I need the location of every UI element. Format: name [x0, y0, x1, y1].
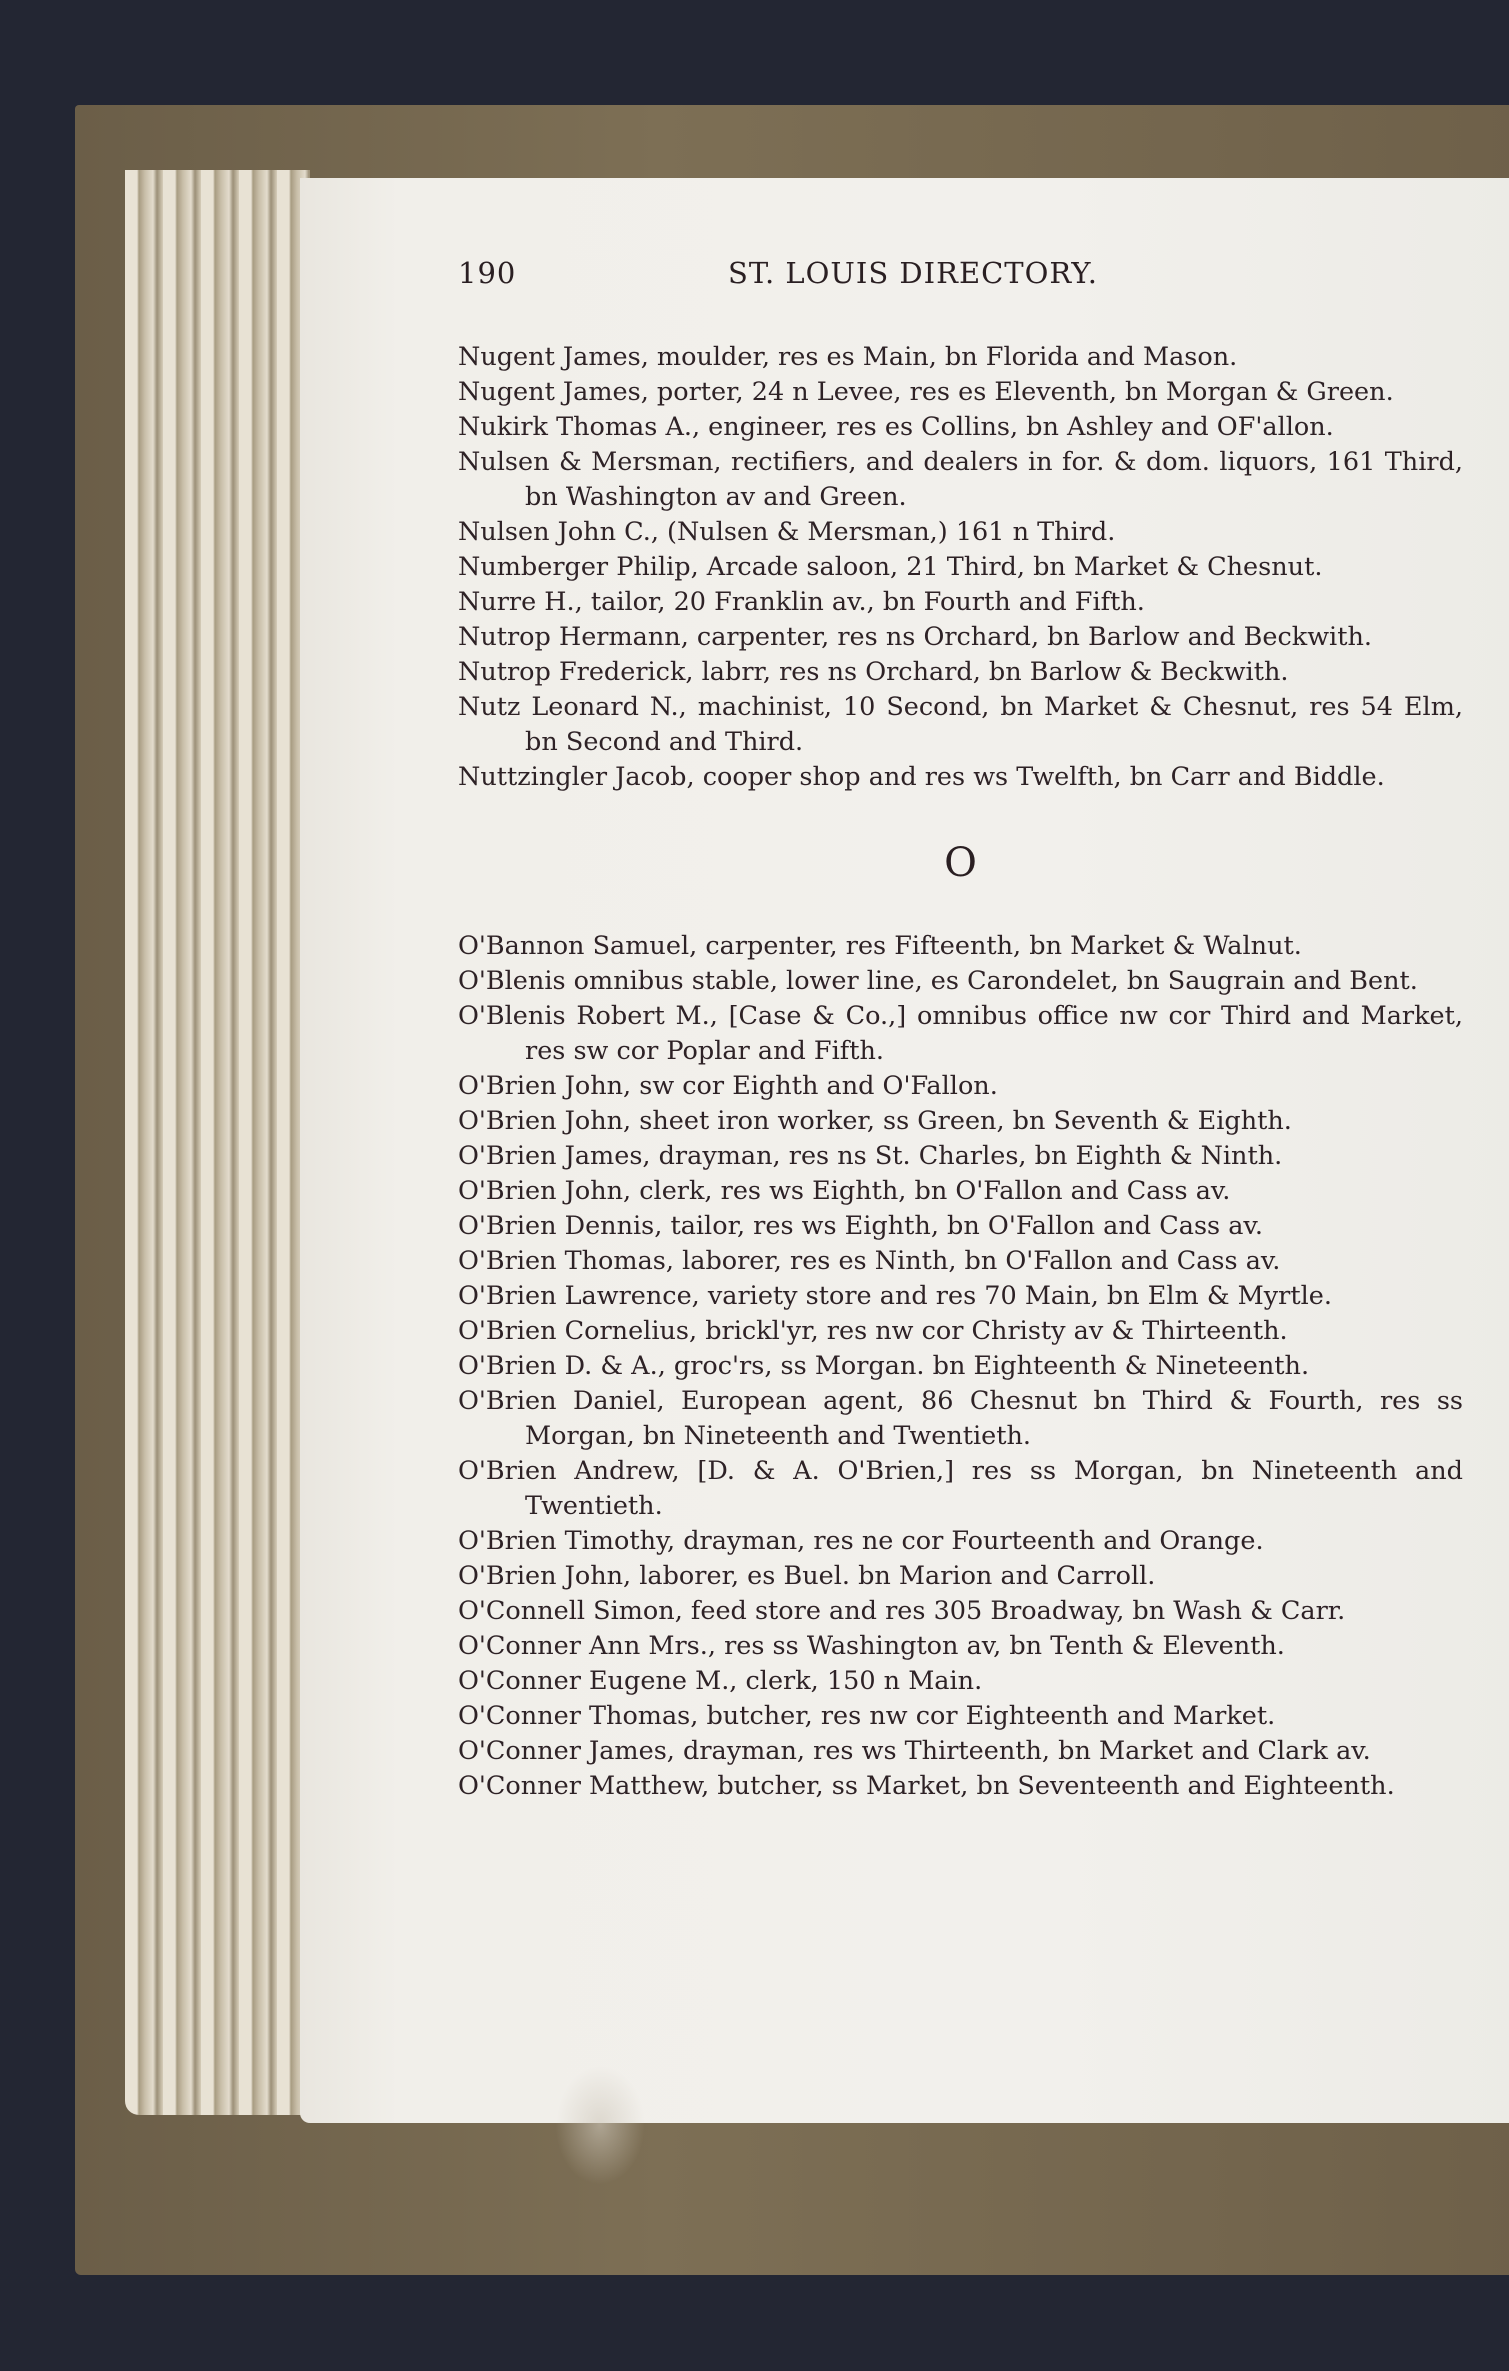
directory-entry: O'Brien John, sw cor Eighth and O'Fallon… — [458, 1069, 1463, 1104]
page-number: 190 — [458, 256, 516, 290]
page-header: 190 ST. LOUIS DIRECTORY. — [458, 256, 1468, 296]
directory-entry: O'Brien Dennis, tailor, res ws Eighth, b… — [458, 1209, 1463, 1244]
directory-entry: Nurre H., tailor, 20 Franklin av., bn Fo… — [458, 585, 1463, 620]
directory-entry: Nugent James, moulder, res es Main, bn F… — [458, 340, 1463, 375]
directory-entry: Nugent James, porter, 24 n Levee, res es… — [458, 375, 1463, 410]
directory-entry: O'Conner Thomas, butcher, res nw cor Eig… — [458, 1699, 1463, 1734]
directory-entry: O'Brien Cornelius, brickl'yr, res nw cor… — [458, 1314, 1463, 1349]
directory-entry: Nulsen & Mersman, rectifiers, and dealer… — [458, 445, 1463, 515]
directory-entry: O'Brien Lawrence, variety store and res … — [458, 1279, 1463, 1314]
directory-entry: O'Brien D. & A., groc'rs, ss Morgan. bn … — [458, 1349, 1463, 1384]
directory-entry: Nutrop Frederick, labrr, res ns Orchard,… — [458, 655, 1463, 690]
directory-entry: O'Connell Simon, feed store and res 305 … — [458, 1594, 1463, 1629]
running-title: ST. LOUIS DIRECTORY. — [728, 256, 1098, 290]
section-heading-o: O — [458, 833, 1463, 893]
directory-entry: O'Brien Thomas, laborer, res es Ninth, b… — [458, 1244, 1463, 1279]
directory-entry: Nukirk Thomas A., engineer, res es Colli… — [458, 410, 1463, 445]
directory-entry: O'Conner Ann Mrs., res ss Washington av,… — [458, 1629, 1463, 1664]
section-n-entries: Nugent James, moulder, res es Main, bn F… — [458, 340, 1463, 795]
directory-entry: Numberger Philip, Arcade saloon, 21 Thir… — [458, 550, 1463, 585]
directory-entry: Nulsen John C., (Nulsen & Mersman,) 161 … — [458, 515, 1463, 550]
directory-entry: O'Brien James, drayman, res ns St. Charl… — [458, 1139, 1463, 1174]
directory-entry: Nutrop Hermann, carpenter, res ns Orchar… — [458, 620, 1463, 655]
directory-entry: O'Conner Matthew, butcher, ss Market, bn… — [458, 1769, 1463, 1804]
directory-entry: O'Conner James, drayman, res ws Thirteen… — [458, 1734, 1463, 1769]
directory-entry: O'Brien John, sheet iron worker, ss Gree… — [458, 1104, 1463, 1139]
directory-entry: O'Brien Andrew, [D. & A. O'Brien,] res s… — [458, 1454, 1463, 1524]
section-o-entries: O'Bannon Samuel, carpenter, res Fifteent… — [458, 929, 1463, 1804]
directory-entry: O'Blenis omnibus stable, lower line, es … — [458, 964, 1463, 999]
directory-entry: O'Bannon Samuel, carpenter, res Fifteent… — [458, 929, 1463, 964]
directory-text: Nugent James, moulder, res es Main, bn F… — [458, 340, 1463, 1804]
directory-entry: O'Blenis Robert M., [Case & Co.,] omnibu… — [458, 999, 1463, 1069]
page-stain — [555, 2065, 645, 2185]
directory-entry: O'Brien Timothy, drayman, res ne cor Fou… — [458, 1524, 1463, 1559]
directory-entry: O'Brien John, laborer, es Buel. bn Mario… — [458, 1559, 1463, 1594]
directory-entry: Nuttzingler Jacob, cooper shop and res w… — [458, 760, 1463, 795]
directory-entry: O'Brien John, clerk, res ws Eighth, bn O… — [458, 1174, 1463, 1209]
page-edges — [125, 170, 310, 2115]
directory-entry: O'Brien Daniel, European agent, 86 Chesn… — [458, 1384, 1463, 1454]
directory-entry: O'Conner Eugene M., clerk, 150 n Main. — [458, 1664, 1463, 1699]
directory-entry: Nutz Leonard N., machinist, 10 Second, b… — [458, 690, 1463, 760]
